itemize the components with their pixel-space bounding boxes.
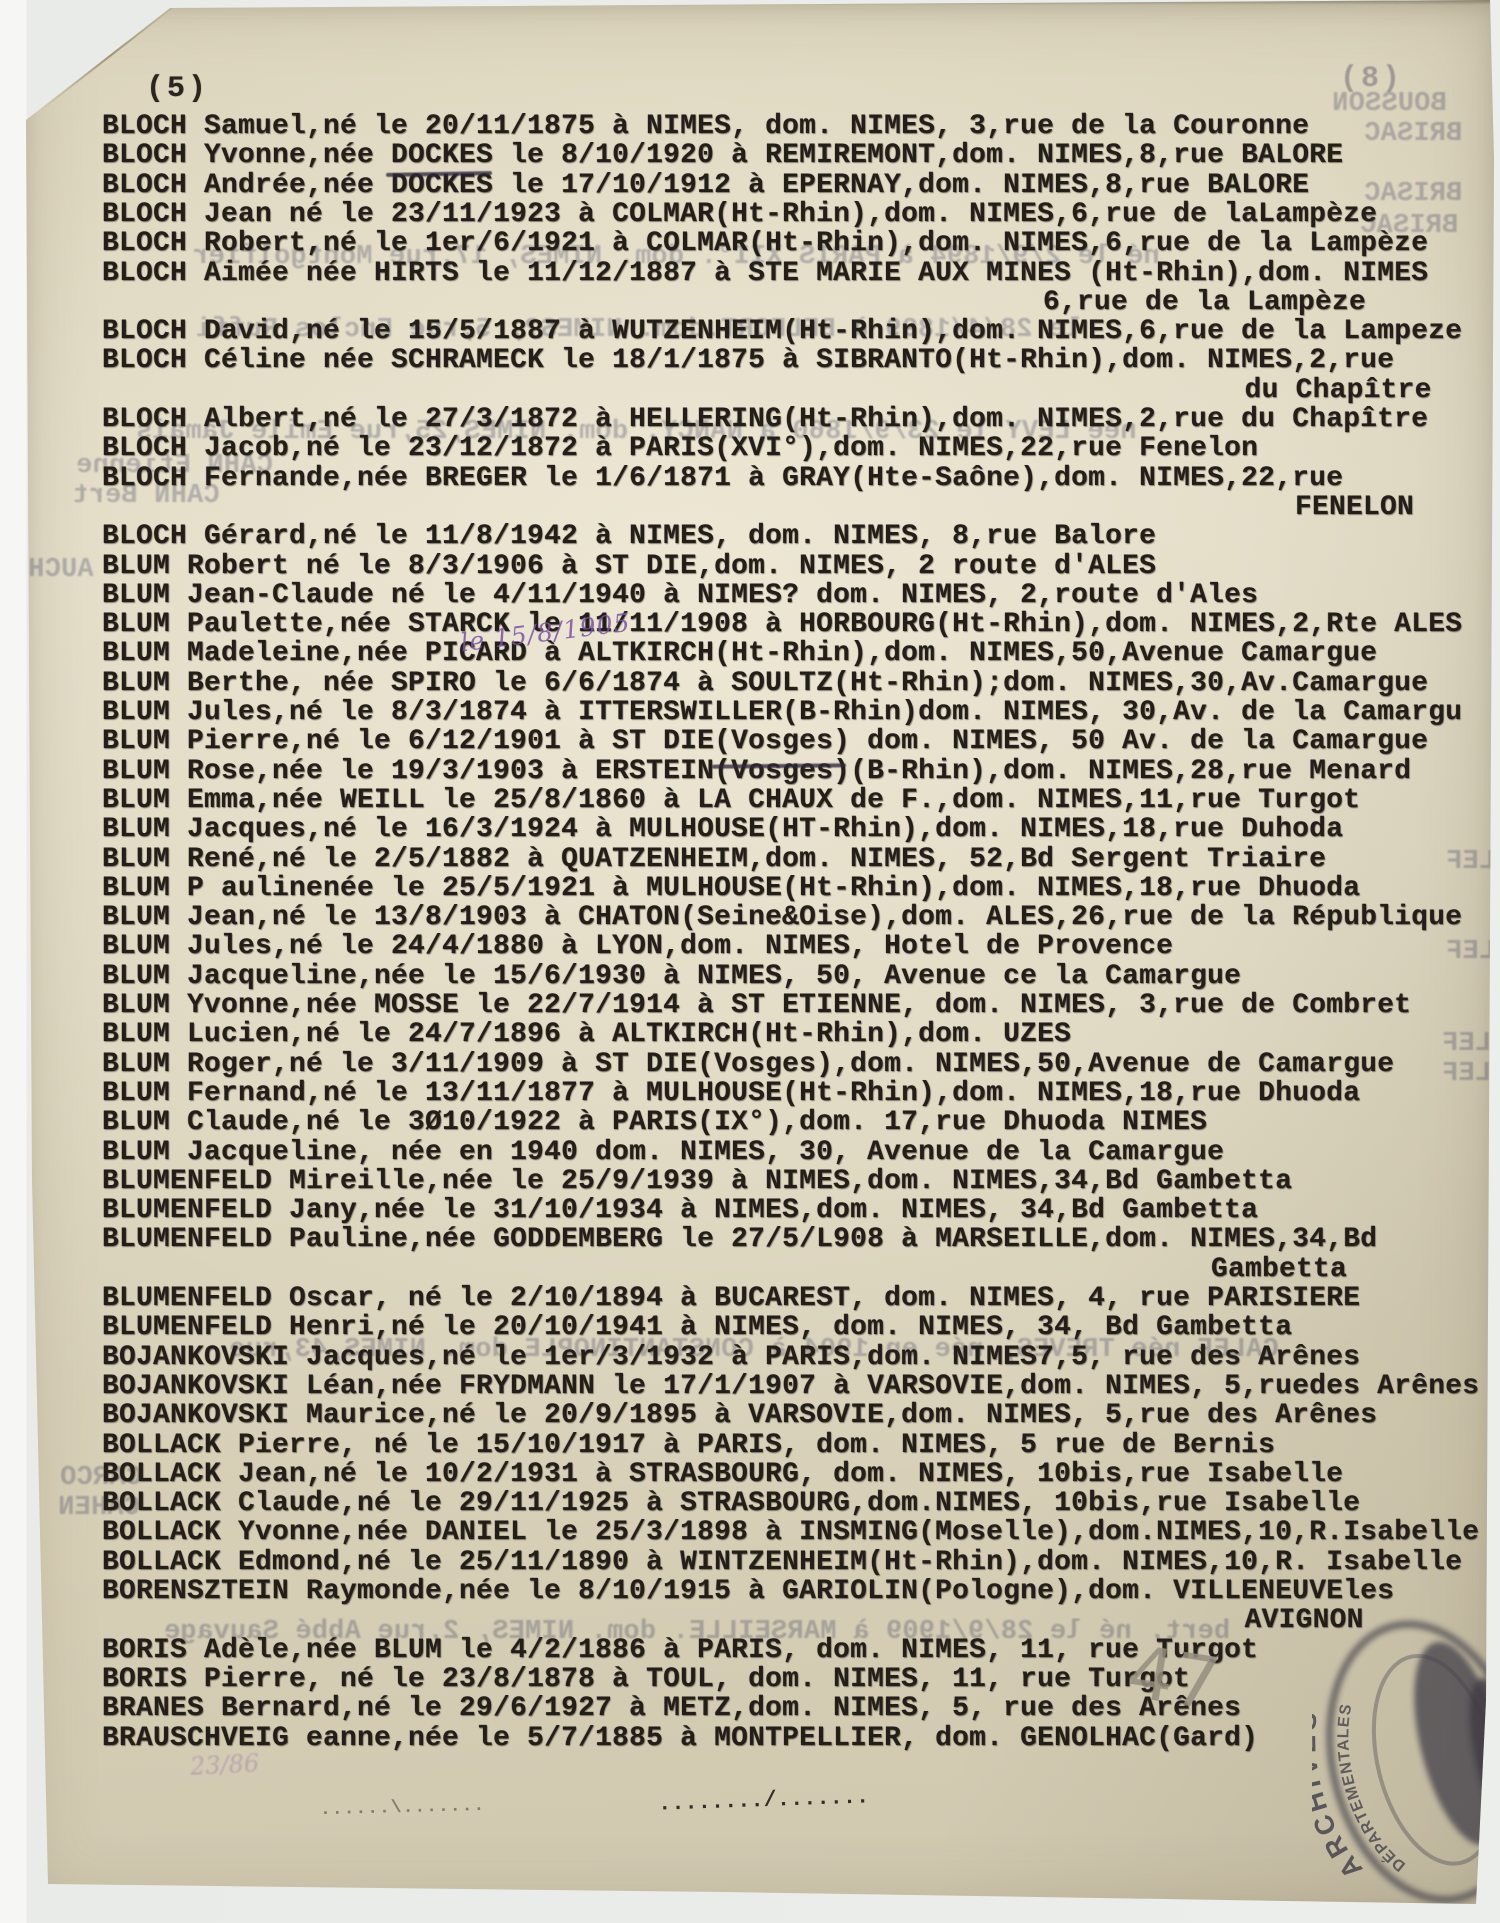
registry-line: BOJANKOVSKI Jacques,né le 1er/3/1932 à P… xyxy=(102,1343,1360,1372)
registry-line: BLUM Jacqueline,née le 15/6/1930 à NIMES… xyxy=(102,962,1241,991)
registry-line: BLUM Emma,née WEILL le 25/8/1860 à LA CH… xyxy=(102,786,1360,815)
bleedthrough-text: BOUSSON xyxy=(1332,90,1447,119)
registry-line: BLUM Roger,né le 3/11/1909 à ST DIE(Vosg… xyxy=(102,1050,1394,1079)
registry-line: BLOCH Andrée,née DOCKES le 17/10/1912 à … xyxy=(102,171,1309,200)
registry-line: BLUM P aulinenée le 25/5/1921 à MULHOUSE… xyxy=(102,874,1360,903)
registry-line: BLUM Jacqueline, née en 1940 dom. NIMES,… xyxy=(102,1138,1224,1167)
dotted-line-right: ......../....... xyxy=(658,1784,870,1816)
dotted-line-left: ......\....... xyxy=(320,1796,486,1820)
registry-line: BLUM Jules,né le 8/3/1874 à ITTERSWILLER… xyxy=(102,698,1462,727)
handwritten-smudge: 23/86 xyxy=(189,1750,259,1780)
registry-line: BRANES Bernard,né le 29/6/1927 à METZ,do… xyxy=(102,1694,1241,1723)
registry-line: BLOCH Aimée née HIRTS le 11/12/1887 à ST… xyxy=(102,259,1428,288)
registry-line: BLUM Lucien,né le 24/7/1896 à ALTKIRCH(H… xyxy=(102,1020,1071,1049)
registry-line: BOLLACK Pierre, né le 15/10/1917 à PARIS… xyxy=(102,1431,1275,1460)
archives-stamp: ARCHIVES DÉPARTEMENTALES xyxy=(1312,1602,1500,1922)
registry-line-continuation: AVIGNON xyxy=(102,1606,1364,1635)
registry-line: BORIS Pierre, né le 23/8/1878 à TOUL, do… xyxy=(102,1665,1190,1694)
registry-line-continuation: FENELON xyxy=(102,493,1414,522)
registry-line: BOLLACK Yvonne,née DANIEL le 25/3/1898 à… xyxy=(102,1518,1479,1547)
bleedthrough-text: AUCH xyxy=(28,556,94,585)
registry-line: BLUM Berthe, née SPIRO le 6/6/1874 à SOU… xyxy=(102,669,1428,698)
registry-line: BLUM Rose,née le 19/3/1903 à ERSTEIN(Vos… xyxy=(102,757,1411,786)
registry-line: BLOCH Céline née SCHRAMECK le 18/1/1875 … xyxy=(102,346,1394,375)
registry-line: BLUM Jules,né le 24/4/1880 à LYON,dom. N… xyxy=(102,932,1173,961)
registry-line: BLOCH Fernande,née BREGER le 1/6/1871 à … xyxy=(102,464,1343,493)
registry-line: BLUM Yvonne,née MOSSE le 22/7/1914 à ST … xyxy=(102,991,1411,1020)
paper-sheet: (5) (8) BOUSSONBRISACBRISACBRISACné le 2… xyxy=(24,0,1494,1908)
registry-line: BOLLACK Edmond,né le 25/11/1890 à WINTZE… xyxy=(102,1548,1462,1577)
registry-line: BLUM Madeleine,née PICARD à ALTKIRCH(Ht-… xyxy=(102,639,1377,668)
registry-line: BLOCH Robert,né le 1er/6/1921 à COLMAR(H… xyxy=(102,229,1428,258)
registry-line: BLUMENFELD Oscar, né le 2/10/1894 à BUCA… xyxy=(102,1284,1360,1313)
registry-line: BLOCH David,né le 15/5/1887 à WUTZENHEIM… xyxy=(102,317,1462,346)
registry-line: BLUM Jean,né le 13/8/1903 à CHATON(Seine… xyxy=(102,903,1462,932)
registry-line: BRAUSCHVEIG eanne,née le 5/7/1885 à MONT… xyxy=(102,1724,1258,1753)
registry-line: BLOCH Gérard,né le 11/8/1942 à NIMES, do… xyxy=(102,522,1156,551)
page-number: (5) xyxy=(146,72,209,106)
bleedthrough-text: BRISAC xyxy=(1364,120,1462,149)
registry-line: BLUM Fernand,né le 13/11/1877 à MULHOUSE… xyxy=(102,1079,1360,1108)
scan-edge-shadow xyxy=(174,0,1494,5)
registry-line-continuation: du Chapître xyxy=(102,376,1432,405)
registry-line: BORENSZTEIN Raymonde,née le 8/10/1915 à … xyxy=(102,1577,1394,1606)
registry-line: BLUM Robert né le 8/3/1906 à ST DIE,dom.… xyxy=(102,552,1156,581)
registry-line-continuation: Gambetta xyxy=(102,1255,1347,1284)
scanned-document: (5) (8) BOUSSONBRISACBRISACBRISACné le 2… xyxy=(0,0,1500,1923)
bleedthrough-text: CALEF xyxy=(1446,938,1500,967)
registry-line: BOJANKOVSKI Maurice,né le 20/9/1895 à VA… xyxy=(102,1401,1377,1430)
handwritten-page-number: 47 xyxy=(1123,1633,1225,1722)
registry-line: BLUM Paulette,née STARCK le 11/11/1908 à… xyxy=(102,610,1462,639)
registry-line: BORIS Adèle,née BLUM le 4/2/1886 à PARIS… xyxy=(102,1636,1258,1665)
registry-line: BLUM Jacques,né le 16/3/1924 à MULHOUSE(… xyxy=(102,815,1343,844)
registry-line: BLOCH Yvonne,née DOCKES le 8/10/1920 à R… xyxy=(102,141,1343,170)
registry-line: BLOCH Samuel,né le 20/11/1875 à NIMES, d… xyxy=(102,112,1309,141)
registry-line: BLOCH Jean né le 23/11/1923 à COLMAR(Ht-… xyxy=(102,200,1377,229)
registry-line: BLUM Pierre,né le 6/12/1901 à ST DIE(Vos… xyxy=(102,727,1428,756)
bleedthrough-text: CALEF xyxy=(1442,1030,1500,1059)
bleedthrough-text: CALEF xyxy=(1446,848,1500,877)
registry-line: BOLLACK Jean,né le 10/2/1931 à STRASBOUR… xyxy=(102,1460,1343,1489)
registry-line: BLUMENFELD Henri,né le 20/10/1941 à NIME… xyxy=(102,1313,1292,1342)
registry-line: BOLLACK Claude,né le 29/11/1925 à STRASB… xyxy=(102,1489,1360,1518)
registry-line: BLUMENFELD Mireille,née le 25/9/1939 à N… xyxy=(102,1167,1292,1196)
registry-line: BLUMENFELD Jany,née le 31/10/1934 à NIME… xyxy=(102,1196,1258,1225)
bleedthrough-text: CALEF xyxy=(1442,1060,1500,1089)
registry-line: BLUM René,né le 2/5/1882 à QUATZENHEIM,d… xyxy=(102,845,1326,874)
registry-line: BLOCH Jacob,né le 23/12/1872 à PARIS(XVI… xyxy=(102,434,1258,463)
registry-line: BLUMENFELD Pauline,née GODDEMBERG le 27/… xyxy=(102,1225,1377,1254)
registry-line-continuation: 6,rue de la Lampèze xyxy=(102,288,1366,317)
registry-line: BLUM Claude,né le 3Ø10/1922 à PARIS(IX°)… xyxy=(102,1108,1207,1137)
registry-line: BLUM Jean-Claude né le 4/11/1940 à NIMES… xyxy=(102,581,1258,610)
registry-line: BOJANKOVSKI Léan,née FRYDMANN le 17/1/19… xyxy=(102,1372,1479,1401)
registry-line: BLOCH Albert,né le 27/3/1872 à HELLERING… xyxy=(102,405,1428,434)
bleedthrough-text: BRISAC xyxy=(1364,180,1462,209)
